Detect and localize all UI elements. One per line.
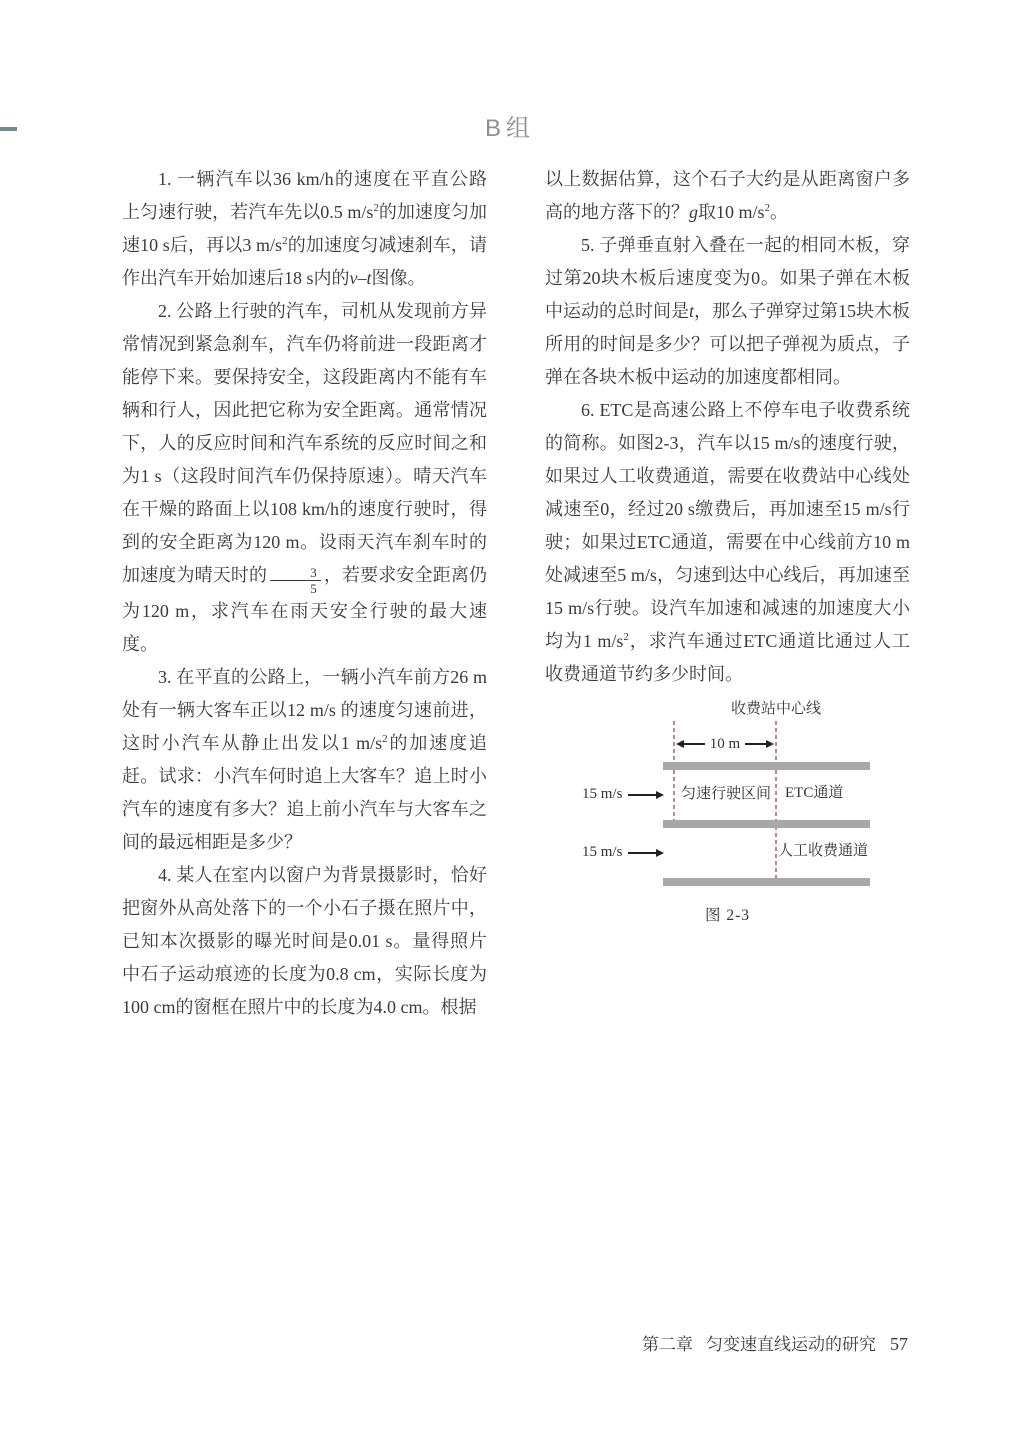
road-bar-bottom: [663, 878, 870, 886]
left-column: 1. 一辆汽车以36 km/h的速度在平直公路上匀速行驶，若汽车先以0.5 m/…: [122, 163, 487, 1024]
distance-label: 10 m: [705, 737, 745, 752]
problem-paragraph: 3. 在平直的公路上，一辆小汽车前方26 m处有一辆大客车正以12 m/s 的速…: [122, 661, 487, 859]
dashed-line-right: [775, 721, 777, 889]
right-arrow-icon: [628, 794, 656, 796]
right-column-text: 以上数据估算，这个石子大约是从距离窗户多高的地方落下的？g取10 m/s2。5.…: [545, 163, 910, 691]
dashed-line-left: [673, 721, 675, 824]
problem-paragraph: 6. ETC是高速公路上不停车电子收费系统的简称。如图2-3，汽车以15 m/s…: [545, 394, 910, 691]
arrow-line: [684, 743, 705, 745]
right-arrow-icon: [628, 852, 656, 854]
figure-caption: 图 2-3: [545, 903, 910, 925]
section-header: B组: [0, 108, 1020, 143]
right-column: 以上数据估算，这个石子大约是从距离窗户多高的地方落下的？g取10 m/s2。5.…: [545, 163, 910, 1024]
zone-label: 匀速行驶区间: [681, 786, 771, 803]
page-footer: 第二章匀变速直线运动的研究57: [0, 1330, 908, 1355]
chapter-label: 第二章: [642, 1335, 693, 1354]
problem-paragraph: 5. 子弹垂直射入叠在一起的相同木板，穿过第20块木板后速度变为0。如果子弹在木…: [545, 229, 910, 394]
page-number: 57: [890, 1334, 908, 1354]
content-columns: 1. 一辆汽车以36 km/h的速度在平直公路上匀速行驶，若汽车先以0.5 m/…: [122, 163, 910, 1024]
figure-2-3: 收费站中心线 10 m 15 m/s 15: [545, 691, 910, 936]
problem-paragraph: 1. 一辆汽车以36 km/h的速度在平直公路上匀速行驶，若汽车先以0.5 m/…: [122, 163, 487, 295]
arrow-line: [745, 743, 766, 745]
road-bar-middle: [663, 820, 870, 828]
problem-paragraph: 以上数据估算，这个石子大约是从距离窗户多高的地方落下的？g取10 m/s2。: [545, 163, 910, 229]
fraction: 35: [270, 566, 321, 595]
speed-value: 15 m/s: [582, 786, 622, 803]
distance-arrow: 10 m: [676, 737, 774, 751]
problem-paragraph: 4. 某人在室内以窗户为背景摄影时，恰好把窗外从高处落下的一个小石子摄在照片中，…: [122, 859, 487, 1024]
speed-value: 15 m/s: [582, 844, 622, 861]
speed-label-bottom: 15 m/s: [582, 844, 663, 861]
etc-lane-label: ETC通道: [785, 785, 843, 802]
speed-label-top: 15 m/s: [582, 786, 663, 803]
manual-lane-label: 人工收费通道: [778, 843, 868, 860]
arrowhead-right-icon: [766, 740, 774, 748]
textbook-page: B组 1. 一辆汽车以36 km/h的速度在平直公路上匀速行驶，若汽车先以0.5…: [0, 0, 1020, 1432]
road-bar-top: [663, 762, 870, 770]
center-line-label: 收费站中心线: [731, 701, 821, 718]
chapter-title: 匀变速直线运动的研究: [706, 1335, 876, 1354]
problem-paragraph: 2. 公路上行驶的汽车，司机从发现前方异常情况到紧急刹车，汽车仍将前进一段距离才…: [122, 295, 487, 661]
arrowhead-left-icon: [676, 740, 684, 748]
